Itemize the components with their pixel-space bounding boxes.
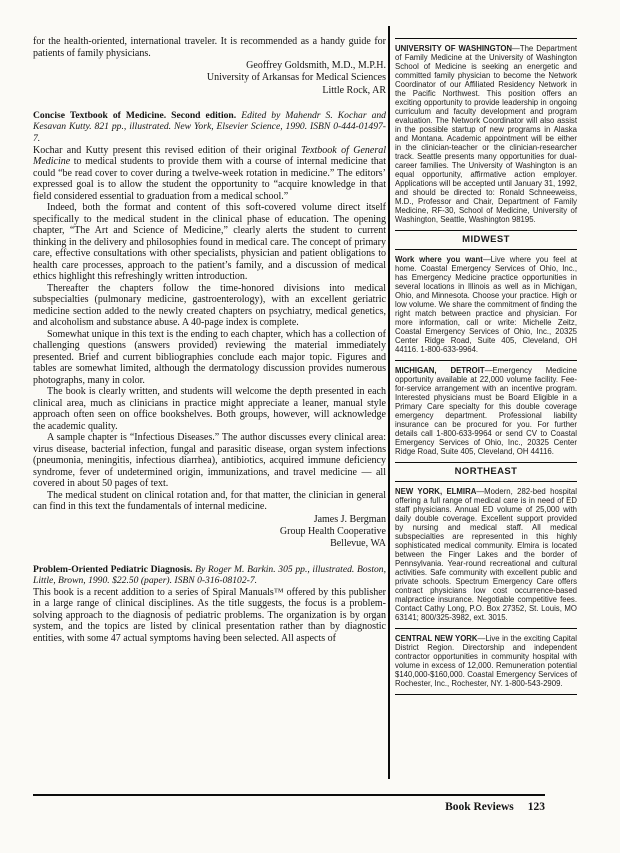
classifieds-column: UNIVERSITY OF WASHINGTON—The Department … bbox=[395, 38, 577, 695]
ad-body: —Live where you feel at home. Coastal Em… bbox=[395, 255, 577, 354]
page-number: 123 bbox=[528, 801, 545, 813]
review-paragraph: Thereafter the chapters follow the time-… bbox=[33, 283, 386, 329]
book-title: Problem-Oriented Pediatric Diagnosis. bbox=[33, 564, 192, 575]
classified-ad-university-of-washington: UNIVERSITY OF WASHINGTON—The Department … bbox=[395, 44, 577, 224]
classified-ad-work-where-you-want: Work where you want—Live where you feel … bbox=[395, 255, 577, 354]
section-rule bbox=[395, 249, 577, 250]
book-citation-1: Concise Textbook of Medicine. Second edi… bbox=[33, 110, 386, 145]
review-continuation-paragraph: for the health-oriented, international t… bbox=[33, 36, 386, 59]
section-header-midwest: MIDWEST bbox=[395, 235, 577, 245]
paragraph-text: to medical students to provide them with… bbox=[33, 156, 386, 202]
reviewer-signature-1: Geoffrey Goldsmith, M.D., M.P.H. Univers… bbox=[33, 60, 386, 97]
section-rule bbox=[395, 230, 577, 231]
review-paragraph: This book is a recent addition to a seri… bbox=[33, 587, 386, 645]
ad-separator-rule bbox=[395, 38, 577, 39]
review-paragraph: Indeed, both the format and content of t… bbox=[33, 202, 386, 283]
review-paragraph: The medical student on clinical rotation… bbox=[33, 490, 386, 513]
ad-lead-in: CENTRAL NEW YORK bbox=[395, 634, 478, 643]
ad-lead-in: MICHIGAN, DETROIT bbox=[395, 366, 485, 375]
page-footer: Book Reviews123 bbox=[33, 801, 545, 813]
ad-separator-rule bbox=[395, 360, 577, 361]
reviewer-name: Geoffrey Goldsmith, M.D., M.P.H. bbox=[33, 60, 386, 72]
reviewer-location: Little Rock, AR bbox=[33, 85, 386, 97]
classified-ad-michigan-detroit: MICHIGAN, DETROIT—Emergency Medicine opp… bbox=[395, 366, 577, 456]
ad-separator-rule bbox=[395, 694, 577, 695]
section-rule bbox=[395, 481, 577, 482]
ad-body: —Live in the exciting Capital District R… bbox=[395, 634, 577, 688]
review-paragraph: The book is clearly written, and student… bbox=[33, 386, 386, 432]
column-divider-rule bbox=[388, 26, 390, 779]
ad-lead-in: NEW YORK, ELMIRA bbox=[395, 487, 476, 496]
book-title: Concise Textbook of Medicine. Second edi… bbox=[33, 110, 236, 121]
ad-lead-in: Work where you want bbox=[395, 255, 483, 264]
reviewer-affiliation: Group Health Cooperative bbox=[33, 526, 386, 538]
ad-body: —Modern, 282-bed hospital offering a ful… bbox=[395, 487, 577, 622]
ad-body: —Emergency Medicine opportunity availabl… bbox=[395, 366, 577, 456]
reviewer-location: Bellevue, WA bbox=[33, 538, 386, 550]
footer-rule bbox=[33, 794, 545, 796]
ad-separator-rule bbox=[395, 628, 577, 629]
paragraph-text: Kochar and Kutty present this revised ed… bbox=[33, 145, 301, 156]
left-column: for the health-oriented, international t… bbox=[33, 36, 386, 644]
footer-section-label: Book Reviews bbox=[445, 801, 514, 813]
ad-lead-in: UNIVERSITY OF WASHINGTON bbox=[395, 44, 512, 53]
section-header-northeast: NORTHEAST bbox=[395, 467, 577, 477]
reviewer-affiliation: University of Arkansas for Medical Scien… bbox=[33, 72, 386, 84]
classified-ad-new-york-elmira: NEW YORK, ELMIRA—Modern, 282-bed hospita… bbox=[395, 487, 577, 622]
book-citation-2: Problem-Oriented Pediatric Diagnosis. By… bbox=[33, 564, 386, 587]
reviewer-name: James J. Bergman bbox=[33, 514, 386, 526]
review-paragraph: Kochar and Kutty present this revised ed… bbox=[33, 145, 386, 203]
review-paragraph: A sample chapter is “Infectious Diseases… bbox=[33, 432, 386, 490]
review-paragraph: Somewhat unique in this text is the endi… bbox=[33, 329, 386, 387]
reviewer-signature-2: James J. Bergman Group Health Cooperativ… bbox=[33, 514, 386, 551]
ad-body: —The Department of Family Medicine at th… bbox=[395, 44, 577, 224]
classified-ad-central-new-york: CENTRAL NEW YORK—Live in the exciting Ca… bbox=[395, 634, 577, 688]
book-review-page: for the health-oriented, international t… bbox=[0, 0, 620, 853]
section-rule bbox=[395, 462, 577, 463]
